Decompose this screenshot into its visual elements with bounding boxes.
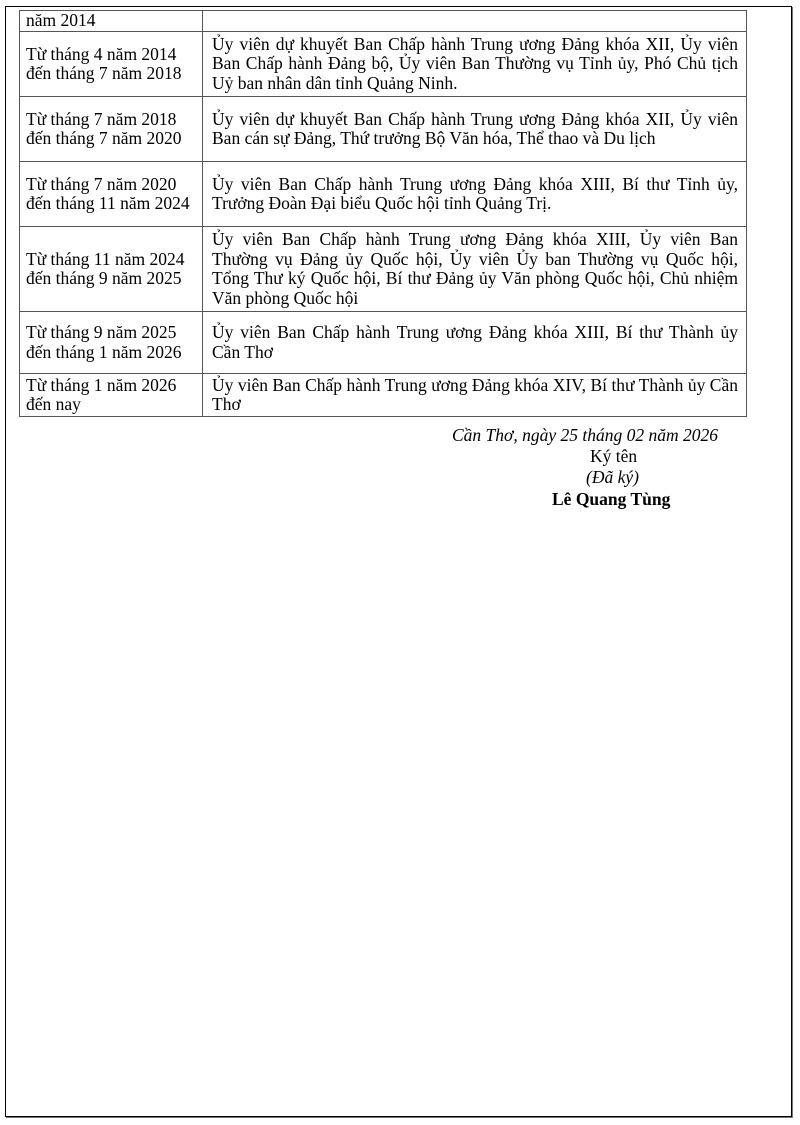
table-row: Từ tháng 4 năm 2014 đến tháng 7 năm 2018… bbox=[20, 32, 747, 97]
table-row: năm 2014 bbox=[20, 11, 747, 32]
period-cell: năm 2014 bbox=[20, 11, 203, 32]
signer-name: Lê Quang Tùng bbox=[552, 489, 670, 510]
signed-status: (Đã ký) bbox=[586, 467, 639, 488]
period-cell: Từ tháng 11 năm 2024 đến tháng 9 năm 202… bbox=[20, 227, 203, 312]
role-cell: Ủy viên Ban Chấp hành Trung ương Đảng kh… bbox=[203, 374, 747, 417]
table-row: Từ tháng 7 năm 2018 đến tháng 7 năm 2020… bbox=[20, 97, 747, 162]
role-cell: Ủy viên Ban Chấp hành Trung ương Đảng kh… bbox=[203, 162, 747, 227]
table-row: Từ tháng 1 năm 2026 đến nay Ủy viên Ban … bbox=[20, 374, 747, 417]
period-cell: Từ tháng 4 năm 2014 đến tháng 7 năm 2018 bbox=[20, 32, 203, 97]
table-row: Từ tháng 11 năm 2024 đến tháng 9 năm 202… bbox=[20, 227, 747, 312]
role-cell: Ủy viên dự khuyết Ban Chấp hành Trung ươ… bbox=[203, 32, 747, 97]
role-cell: Ủy viên Ban Chấp hành Trung ương Đảng kh… bbox=[203, 227, 747, 312]
place-date: Cần Thơ, ngày 25 tháng 02 năm 2026 bbox=[452, 425, 718, 446]
role-cell bbox=[203, 11, 747, 32]
period-cell: Từ tháng 7 năm 2020 đến tháng 11 năm 202… bbox=[20, 162, 203, 227]
period-cell: Từ tháng 7 năm 2018 đến tháng 7 năm 2020 bbox=[20, 97, 203, 162]
period-cell: Từ tháng 9 năm 2025 đến tháng 1 năm 2026 bbox=[20, 312, 203, 374]
table-row: Từ tháng 9 năm 2025 đến tháng 1 năm 2026… bbox=[20, 312, 747, 374]
table-row: Từ tháng 7 năm 2020 đến tháng 11 năm 202… bbox=[20, 162, 747, 227]
role-cell: Ủy viên Ban Chấp hành Trung ương Đảng kh… bbox=[203, 312, 747, 374]
role-cell: Ủy viên dự khuyết Ban Chấp hành Trung ươ… bbox=[203, 97, 747, 162]
signature-label: Ký tên bbox=[590, 446, 637, 467]
career-history-table: năm 2014 Từ tháng 4 năm 2014 đến tháng 7… bbox=[19, 10, 747, 417]
period-cell: Từ tháng 1 năm 2026 đến nay bbox=[20, 374, 203, 417]
